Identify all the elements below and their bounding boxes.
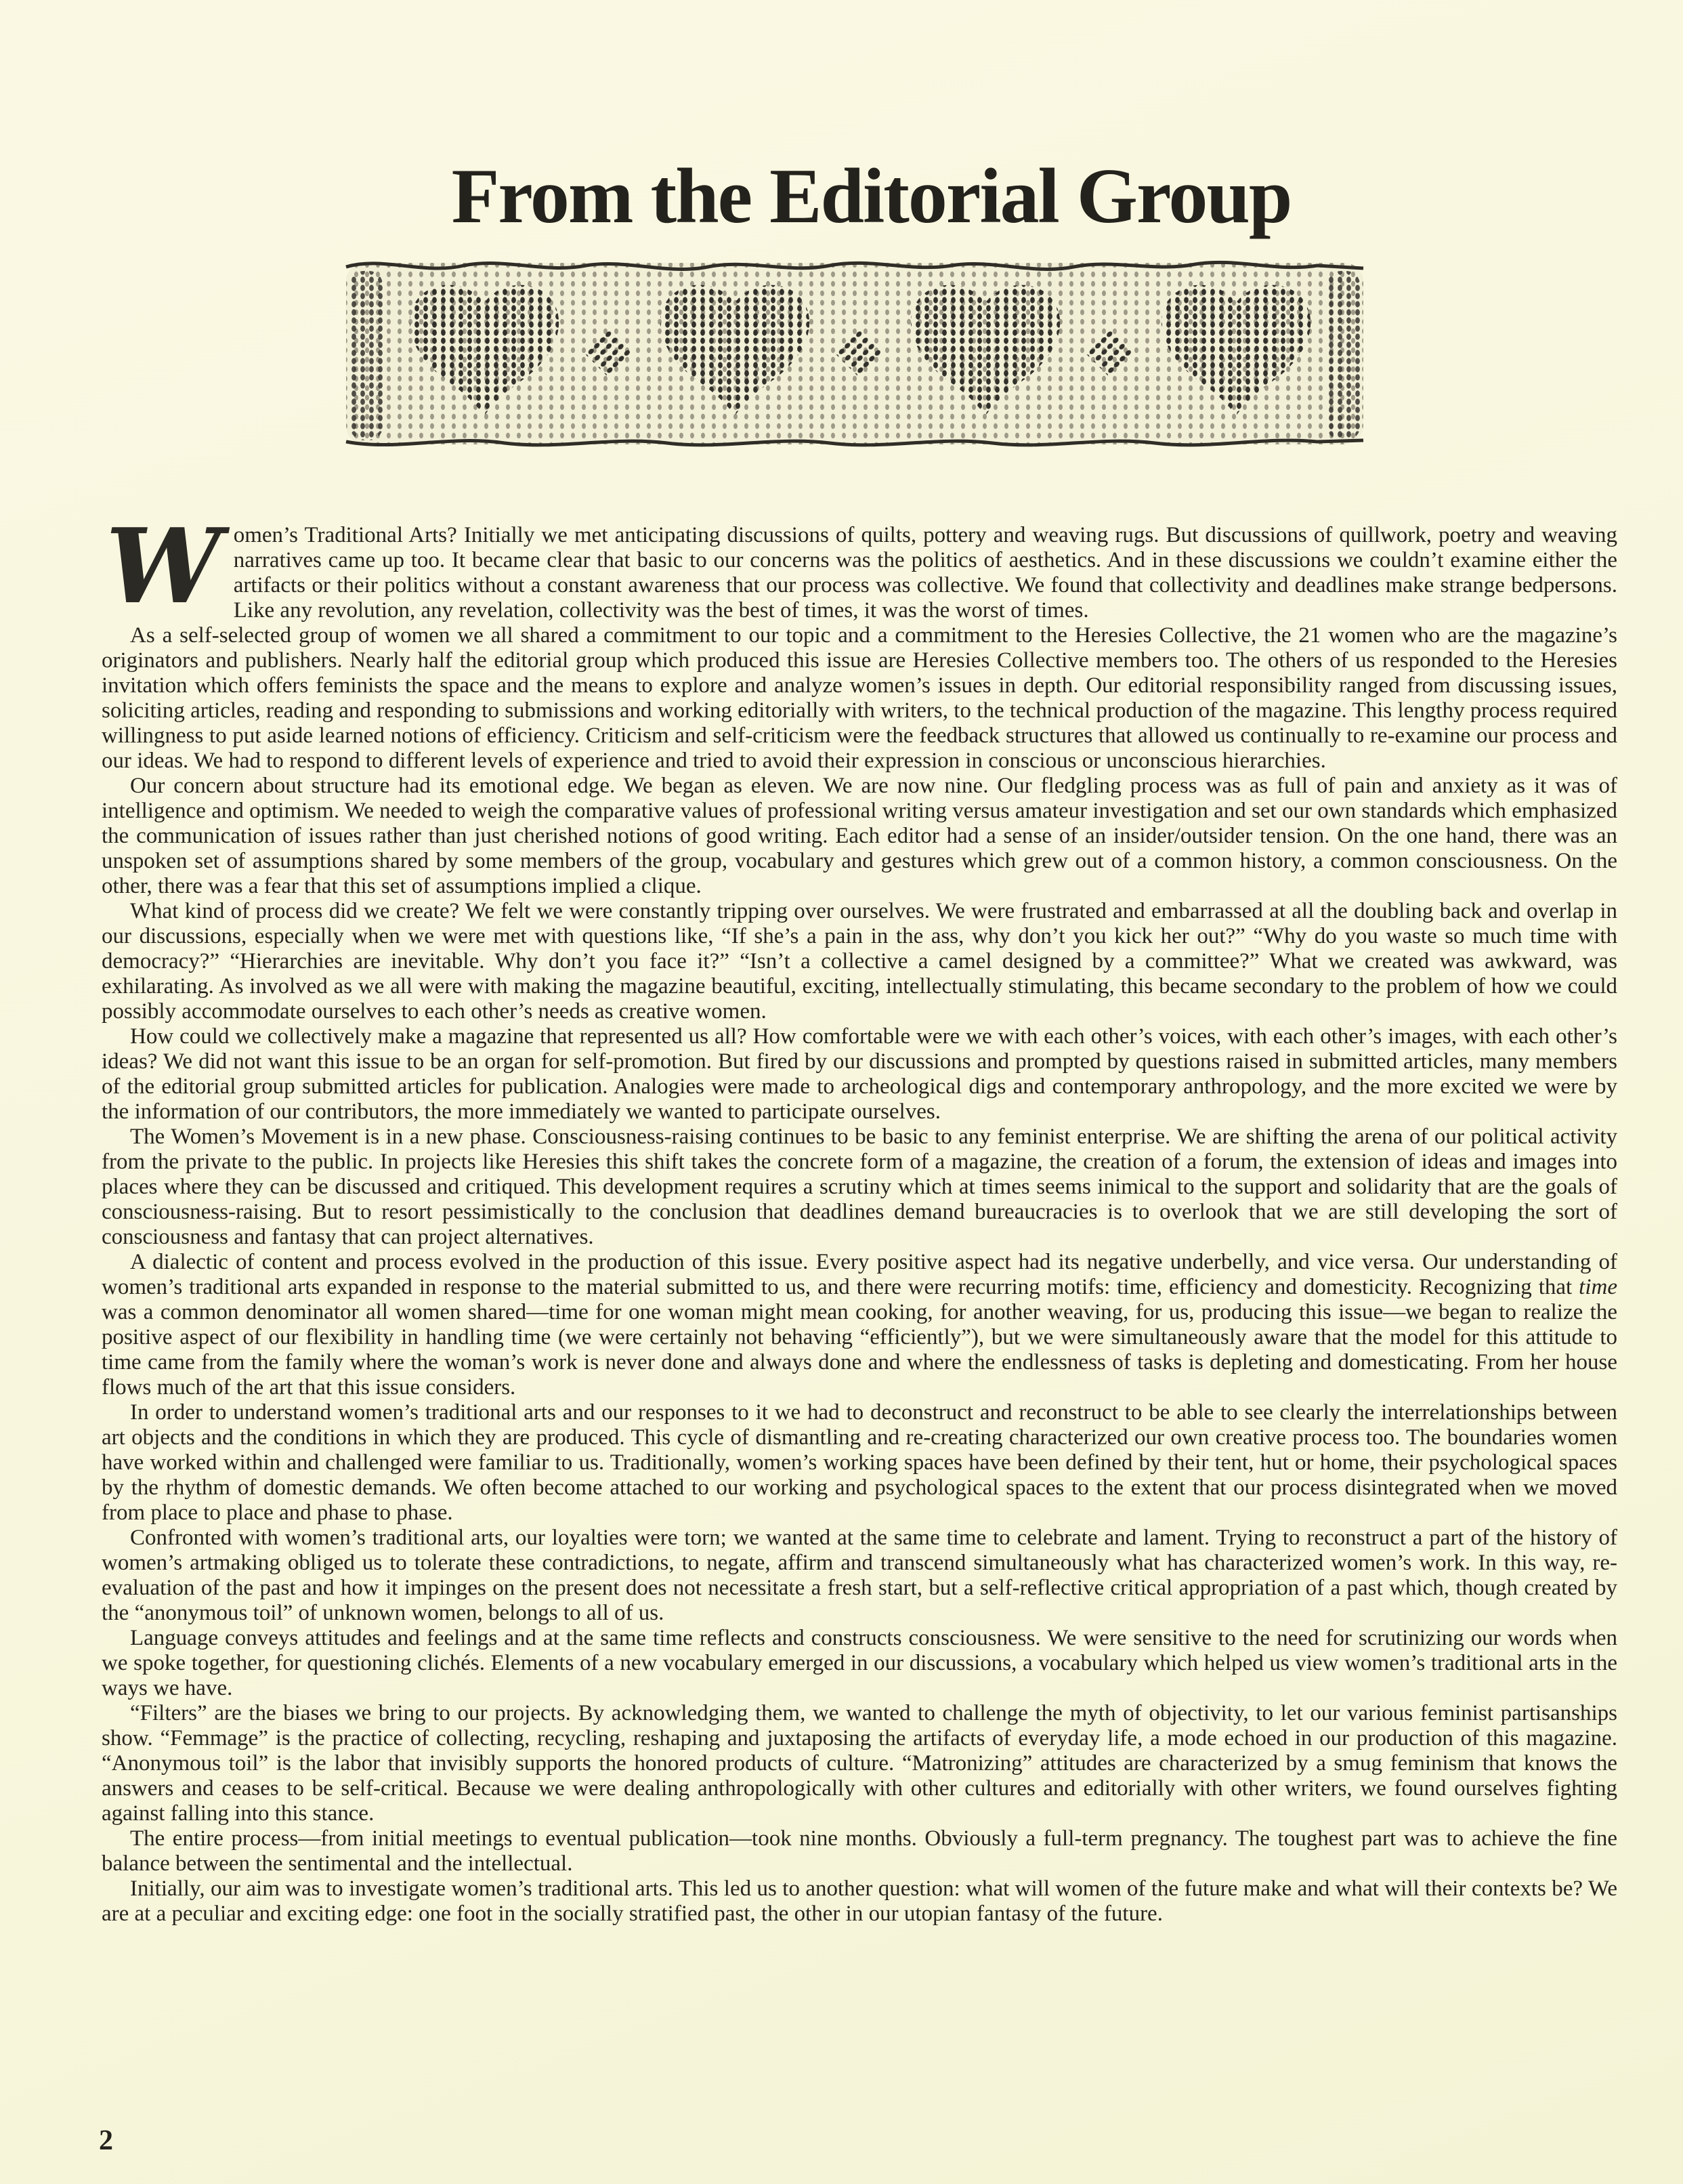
paragraph-9: Confronted with women’s traditional arts… (102, 1526, 1617, 1626)
page-title: From the Editorial Group (0, 152, 1683, 242)
paragraph-13: Initially, our aim was to investigate wo… (102, 1876, 1617, 1927)
editorial-text: Women’s Traditional Arts? Initially we m… (102, 523, 1617, 1927)
paragraph-1: Women’s Traditional Arts? Initially we m… (102, 523, 1617, 623)
paragraph-4: What kind of process did we create? We f… (102, 899, 1617, 1024)
paragraph-11: “Filters” are the biases we bring to our… (102, 1701, 1617, 1826)
paragraph-2: As a self-selected group of women we all… (102, 623, 1617, 774)
paragraph-8: In order to understand women’s tradition… (102, 1400, 1617, 1526)
paragraph-3: Our concern about structure had its emot… (102, 774, 1617, 899)
paragraph-6: The Women’s Movement is in a new phase. … (102, 1125, 1617, 1250)
paragraph-7: A dialectic of content and process evolv… (102, 1250, 1617, 1400)
filet-crochet-pattern (342, 252, 1368, 455)
paragraph-12: The entire process—from initial meetings… (102, 1826, 1617, 1876)
paragraph-1-text: omen’s Traditional Arts? Initially we me… (234, 523, 1617, 623)
italic-word-time: time (1579, 1275, 1617, 1299)
paragraph-5: How could we collectively make a magazin… (102, 1024, 1617, 1125)
paragraph-7-text-b: was a common denominator all women share… (102, 1300, 1617, 1400)
magazine-page: From the Editorial Group (0, 0, 1683, 2184)
drop-cap-w: W (102, 523, 234, 603)
paragraph-10: Language conveys attitudes and feelings … (102, 1626, 1617, 1701)
lace-band-image (342, 252, 1368, 455)
paragraph-7-text-a: A dialectic of content and process evolv… (102, 1250, 1617, 1299)
page-number: 2 (99, 2124, 113, 2157)
